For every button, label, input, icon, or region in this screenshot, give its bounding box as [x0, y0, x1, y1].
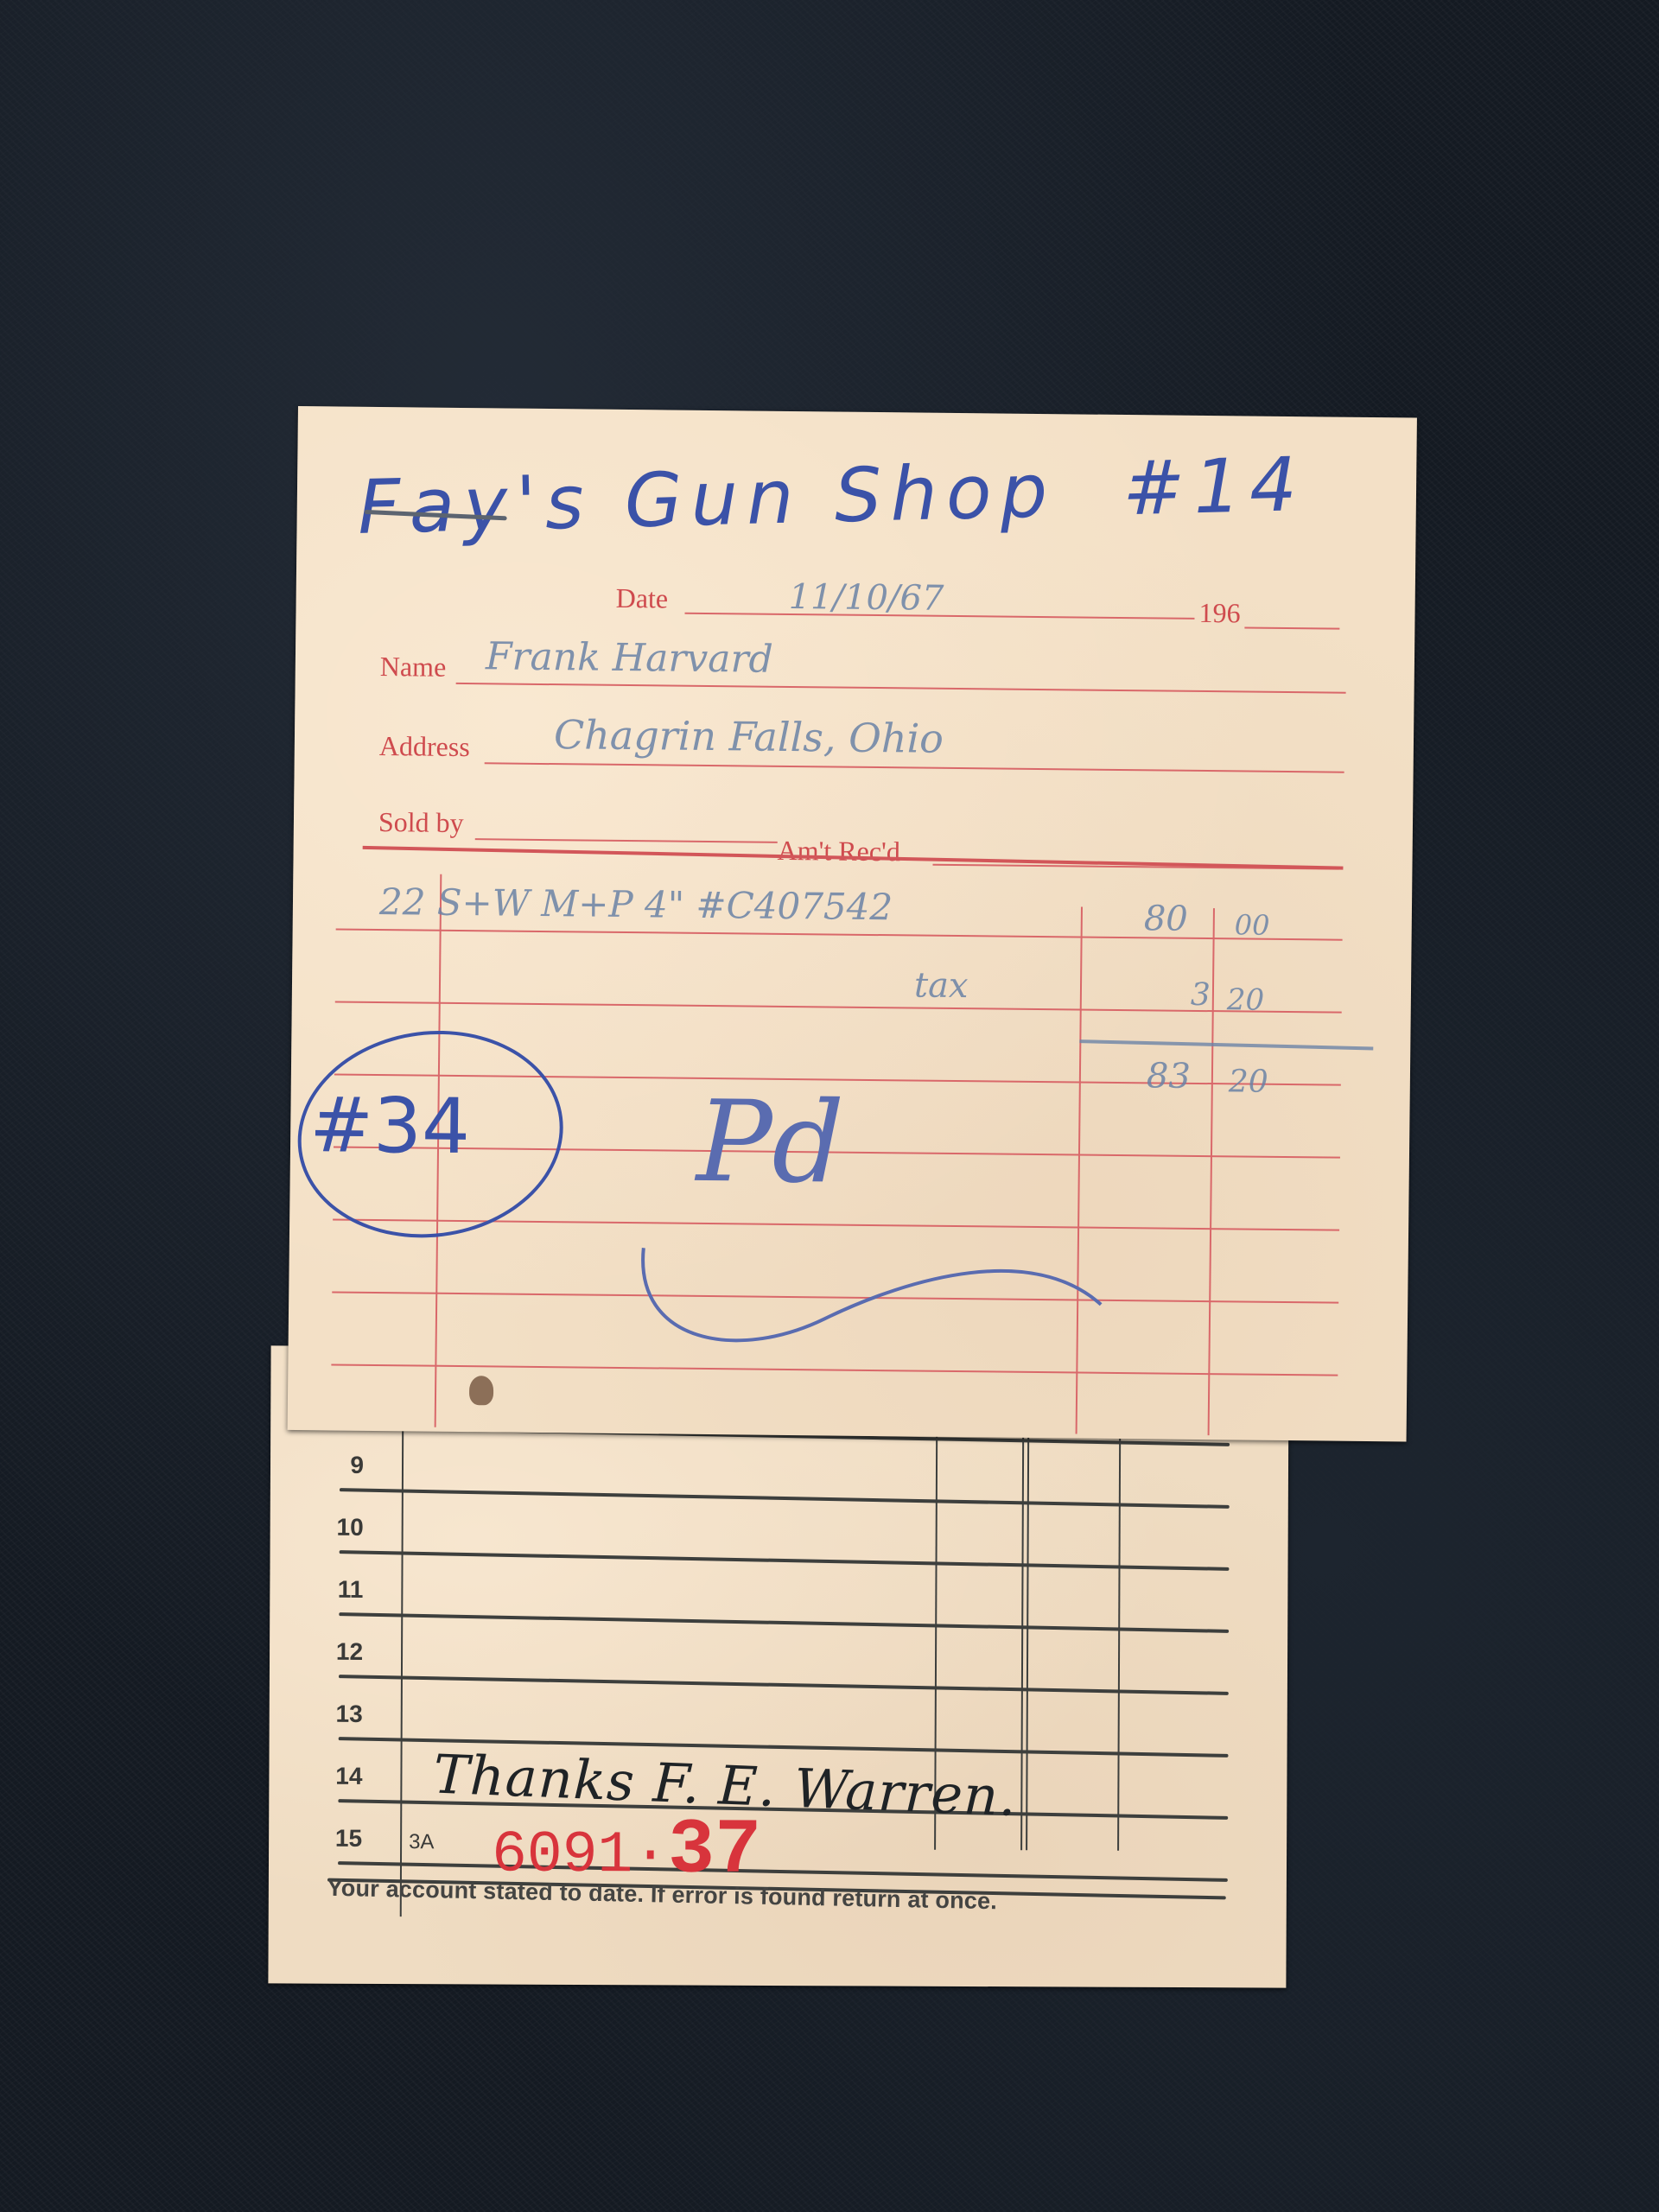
date-label: Date — [615, 582, 668, 615]
shop-name-handwritten: Fay's Gun Shop #14 — [357, 442, 1306, 551]
name-line — [456, 683, 1346, 694]
total-cents: 20 — [1229, 1064, 1268, 1099]
address-label: Address — [379, 730, 470, 763]
ledger-column-line — [1117, 1402, 1121, 1851]
sum-underline — [1079, 1039, 1373, 1050]
row-number: 9 — [331, 1452, 364, 1479]
line-item-cents: 20 — [1227, 982, 1265, 1017]
line-item-description: tax — [914, 966, 969, 1007]
row-number: 10 — [331, 1514, 364, 1541]
name-label: Name — [380, 651, 447, 683]
sold-by-line — [475, 838, 778, 843]
year-prefix: 196 — [1198, 597, 1240, 630]
row-number: 13 — [330, 1700, 363, 1728]
line-item-cents: 00 — [1235, 908, 1270, 941]
line-item-dollars: 80 — [1144, 899, 1188, 939]
ledger-slip: 8 9 10 11 12 13 14 15 Bal 80 Thanks F. E… — [268, 1345, 1288, 1987]
amount-received-label: Am't Rec'd — [777, 835, 900, 868]
row-number: 15 — [329, 1825, 362, 1853]
ledger-row-line — [340, 1550, 1230, 1571]
date-value: 11/10/67 — [788, 577, 944, 619]
row-number: 12 — [330, 1638, 363, 1666]
line-item-description: 22 S+W M+P 4" #C407542 — [379, 880, 893, 928]
footer-note: Your account stated to date. If error is… — [327, 1875, 997, 1916]
address-value: Chagrin Falls, Ohio — [554, 711, 944, 762]
serial-separator: · — [632, 1822, 668, 1889]
shop-number: #14 — [1122, 442, 1306, 532]
ledger-row-line — [340, 1488, 1230, 1509]
paid-flourish-icon — [633, 1239, 1119, 1374]
receipt-slip: Fay's Gun Shop #14 Date 11/10/67 196 Nam… — [288, 406, 1417, 1441]
shop-name: Fay's Gun Shop — [357, 448, 1057, 551]
ruled-line — [336, 928, 1343, 940]
name-value: Frank Harvard — [486, 634, 773, 681]
circled-annotation-text: #34 — [309, 1080, 471, 1171]
ledger-row-line — [339, 1612, 1229, 1633]
address-line — [485, 762, 1344, 772]
line-item-dollars: 3 — [1191, 977, 1211, 1013]
ledger-margin-line — [400, 1398, 404, 1916]
ledger-row-line — [339, 1675, 1229, 1695]
row-number: 14 — [329, 1763, 362, 1790]
total-dollars: 83 — [1147, 1056, 1191, 1096]
year-line — [1244, 626, 1339, 629]
row-number: 11 — [330, 1576, 363, 1604]
form-code: 3A — [409, 1830, 434, 1854]
tear-mark — [469, 1376, 493, 1405]
paid-mark: Pd — [696, 1076, 844, 1209]
sold-by-label: Sold by — [378, 806, 464, 839]
